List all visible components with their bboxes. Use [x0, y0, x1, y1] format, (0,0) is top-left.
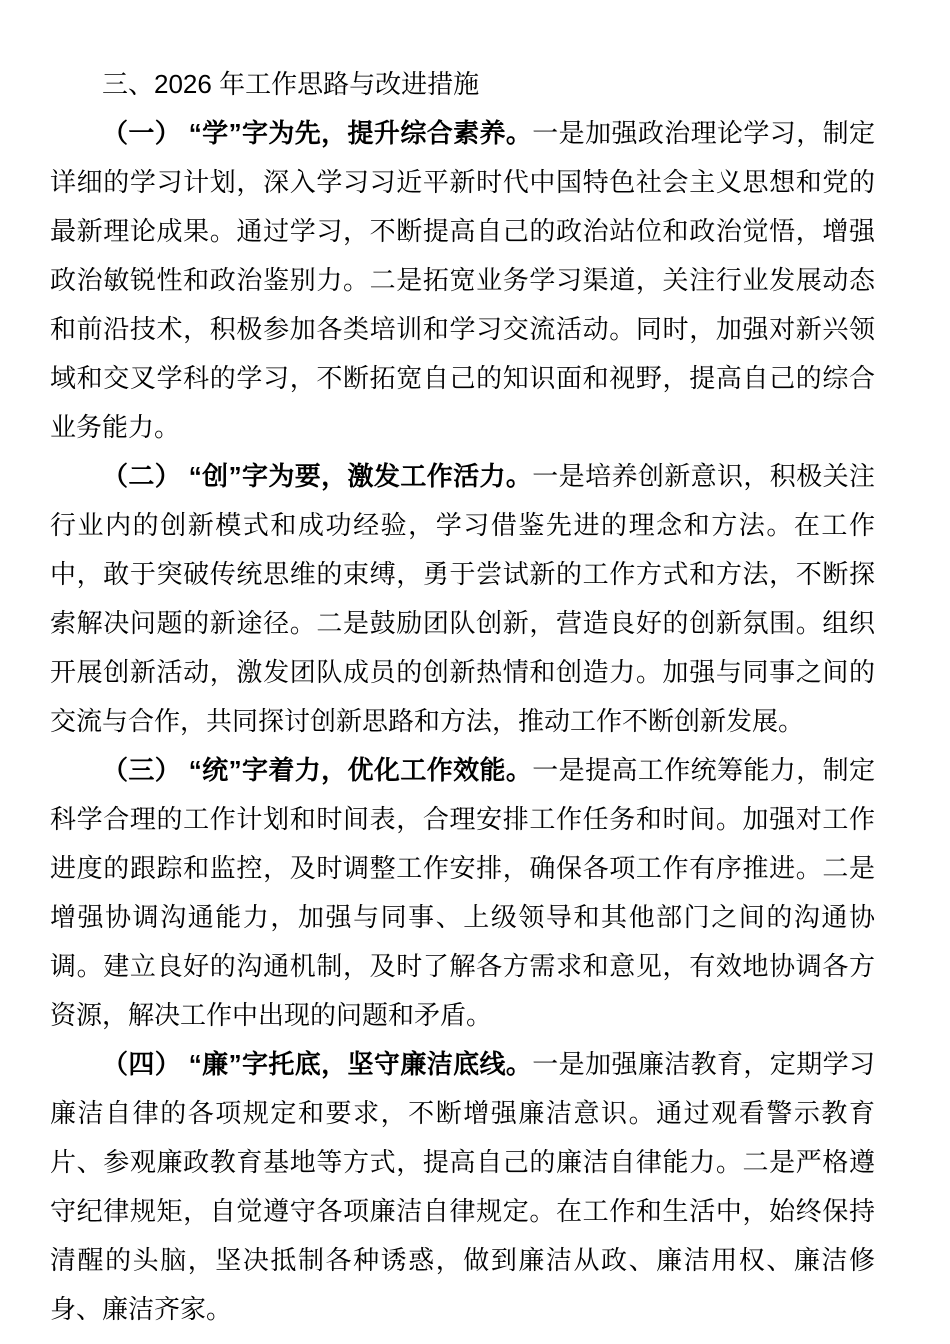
paragraph: （二） “创”字为要，激发工作活力。一是培养创新意识，积极关注行业内的创新模式和… — [50, 452, 875, 746]
paragraph-body: 一是培养创新意识，积极关注行业内的创新模式和成功经验，学习借鉴先进的理念和方法。… — [50, 461, 875, 736]
paragraph-lead: （四） “廉”字托底，坚守廉洁底线。 — [102, 1049, 532, 1079]
paragraph: （三） “统”字着力，优化工作效能。一是提高工作统筹能力，制定科学合理的工作计划… — [50, 746, 875, 1040]
paragraph-body: 一是加强廉洁教育，定期学习廉洁自律的各项规定和要求，不断增强廉洁意识。通过观看警… — [50, 1049, 875, 1324]
paragraph-lead: （二） “创”字为要，激发工作活力。 — [102, 461, 532, 491]
paragraph-body: 一是加强政治理论学习，制定详细的学习计划，深入学习习近平新时代中国特色社会主义思… — [50, 118, 875, 442]
paragraph: （一） “学”字为先，提升综合素养。一是加强政治理论学习，制定详细的学习计划，深… — [50, 109, 875, 452]
paragraph-lead: （三） “统”字着力，优化工作效能。 — [102, 755, 532, 785]
paragraph: （四） “廉”字托底，坚守廉洁底线。一是加强廉洁教育，定期学习廉洁自律的各项规定… — [50, 1040, 875, 1334]
document-page: 三、2026 年工作思路与改进措施 （一） “学”字为先，提升综合素养。一是加强… — [0, 0, 950, 1344]
paragraph-body: 一是提高工作统筹能力，制定科学合理的工作计划和时间表，合理安排工作任务和时间。加… — [50, 755, 875, 1030]
section-title: 三、2026 年工作思路与改进措施 — [50, 60, 875, 109]
paragraph-lead: （一） “学”字为先，提升综合素养。 — [102, 118, 532, 148]
